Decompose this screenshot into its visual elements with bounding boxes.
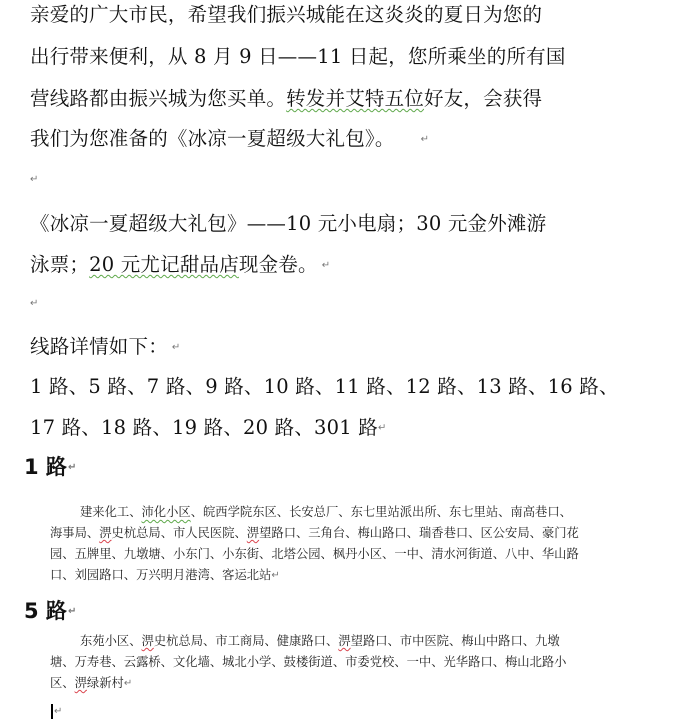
stops-text: 史杭总局、市人民医院、 <box>112 526 247 540</box>
routes-list-line-2: 17 路、18 路、19 路、20 路、301 路↵ <box>30 416 387 441</box>
routes-list-text: 1 路、5 路、7 路、9 路、10 路、11 路、12 路、13 路、16 路… <box>30 375 619 398</box>
paragraph-mark-icon: ↵ <box>124 678 132 689</box>
text-cursor <box>51 704 53 719</box>
stops-text: 建来化工、 <box>80 505 142 519</box>
routes-intro-text: 线路详情如下： <box>30 335 168 358</box>
gift-line-2: 泳票；20 元尤记甜品店现金卷。↵ <box>30 253 330 278</box>
paragraph-mark-icon: ↵ <box>30 298 38 309</box>
grammar-underlined-text[interactable]: 转发并艾特五位 <box>286 87 424 110</box>
gift-text: 现金卷。 <box>239 253 318 276</box>
gift-text: 泳票； <box>30 253 89 276</box>
routes-list-line-1: 1 路、5 路、7 路、9 路、10 路、11 路、12 路、13 路、16 路… <box>30 375 619 399</box>
intro-text: 我们为您准备的《冰凉一夏超级大礼包》。 <box>30 127 395 150</box>
intro-text: 亲爱的广大市民，希望我们振兴城能在这炎炎的夏日为您的 <box>30 3 542 26</box>
paragraph-mark-icon: ↵ <box>30 174 38 185</box>
intro-text: 出行带来便利，从 8 月 9 日——11 日起，您所乘坐的所有国 <box>30 45 566 68</box>
paragraph-mark-icon: ↵ <box>68 606 76 617</box>
paragraph-mark-icon: ↵ <box>421 134 430 145</box>
paragraph-mark-icon: ↵ <box>271 570 279 581</box>
intro-text: 营线路都由振兴城为您买单。 <box>30 87 286 110</box>
grammar-underlined-text[interactable]: 沛化小区 <box>142 505 191 519</box>
spelling-underlined-text[interactable]: 淠 <box>99 526 111 540</box>
route-heading-text: 1 路 <box>24 455 67 479</box>
route-5-stops: 东苑小区、淠史杭总局、市工商局、健康路口、淠望路口、市中医院、梅山中路口、九墩塘… <box>50 631 580 694</box>
routes-list-text: 17 路、18 路、19 路、20 路、301 路 <box>30 416 378 439</box>
paragraph-mark-icon: ↵ <box>54 706 62 717</box>
route-heading-text: 5 路 <box>24 599 67 623</box>
spelling-underlined-text[interactable]: 淠 <box>247 526 259 540</box>
paragraph-mark-icon: ↵ <box>378 423 387 434</box>
stops-text: 东苑小区、 <box>80 634 142 648</box>
intro-line-4: 我们为您准备的《冰凉一夏超级大礼包》。↵ <box>30 127 429 152</box>
spelling-underlined-text[interactable]: 淠 <box>338 634 350 648</box>
paragraph-mark-icon: ↵ <box>322 260 331 271</box>
gift-line-1: 《冰凉一夏超级大礼包》——10 元小电扇；30 元金外滩游 <box>30 212 546 236</box>
intro-line-2: 出行带来便利，从 8 月 9 日——11 日起，您所乘坐的所有国 <box>30 45 566 69</box>
intro-line-1: 亲爱的广大市民，希望我们振兴城能在这炎炎的夏日为您的 <box>30 3 542 27</box>
intro-text: 好友，会获得 <box>424 87 542 110</box>
route-1-stops: 建来化工、沛化小区、皖西学院东区、长安总厂、东七里站派出所、东七里站、南高巷口、… <box>50 502 580 586</box>
spelling-underlined-text[interactable]: 淠 <box>142 634 154 648</box>
stops-text: 绿新村 <box>87 676 124 690</box>
paragraph-mark-icon: ↵ <box>172 342 181 353</box>
stops-text: 史杭总局、市工商局、健康路口、 <box>154 634 338 648</box>
intro-line-3: 营线路都由振兴城为您买单。转发并艾特五位好友，会获得 <box>30 87 542 111</box>
paragraph-mark-icon: ↵ <box>68 462 76 473</box>
routes-intro: 线路详情如下：↵ <box>30 335 181 360</box>
route-5-heading: 5 路↵ <box>24 598 76 625</box>
gift-text: 《冰凉一夏超级大礼包》——10 元小电扇；30 元金外滩游 <box>30 212 546 235</box>
grammar-underlined-text[interactable]: 20 元尤记甜品店 <box>89 253 239 276</box>
route-1-heading: 1 路↵ <box>24 454 76 481</box>
spelling-underlined-text[interactable]: 淠 <box>75 676 87 690</box>
document-page[interactable]: 亲爱的广大市民，希望我们振兴城能在这炎炎的夏日为您的 出行带来便利，从 8 月 … <box>0 0 680 721</box>
